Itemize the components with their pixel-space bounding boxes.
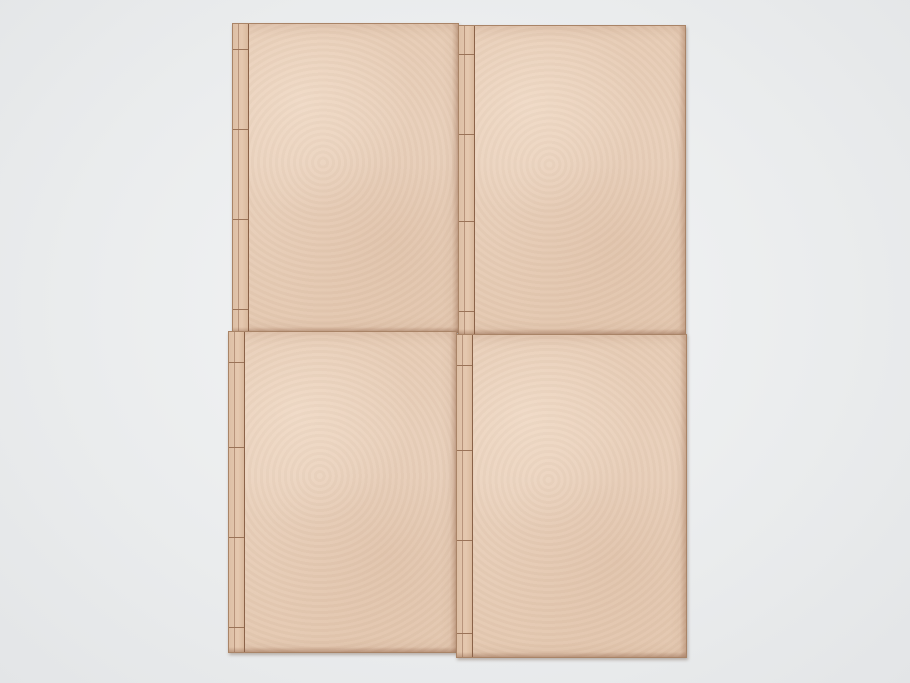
cover-edge: [679, 26, 685, 334]
cover-bottom-edge: [457, 652, 686, 657]
book-spine: [233, 24, 249, 332]
stitch-mark: [233, 309, 248, 310]
stitch-mark: [233, 219, 248, 220]
embossed-cover-pattern: [229, 332, 456, 652]
embossed-cover-pattern: [459, 26, 685, 334]
stitch-mark: [457, 633, 472, 634]
stitch-mark: [229, 627, 244, 628]
cover-edge: [680, 335, 686, 657]
binding-thread: [238, 24, 239, 332]
stitch-mark: [459, 221, 474, 222]
stitch-mark: [229, 537, 244, 538]
stitch-mark: [459, 54, 474, 55]
cover-bottom-edge: [229, 647, 456, 652]
book-top-right: [458, 25, 686, 335]
stitch-mark: [457, 450, 472, 451]
stitch-mark: [229, 447, 244, 448]
embossed-cover-pattern: [233, 24, 458, 332]
stitch-mark: [233, 129, 248, 130]
book-spine: [229, 332, 245, 652]
book-bottom-right: [456, 334, 687, 658]
stitch-mark: [457, 365, 472, 366]
binding-thread: [462, 335, 463, 657]
book-top-left: [232, 23, 459, 333]
stitch-mark: [459, 311, 474, 312]
stitch-mark: [459, 134, 474, 135]
binding-thread: [464, 26, 465, 334]
book-spine: [457, 335, 473, 657]
stitch-mark: [233, 49, 248, 50]
book-spine: [459, 26, 475, 334]
stitch-mark: [457, 540, 472, 541]
book-bottom-left: [228, 331, 457, 653]
binding-thread: [234, 332, 235, 652]
embossed-cover-pattern: [457, 335, 686, 657]
stitch-mark: [229, 362, 244, 363]
